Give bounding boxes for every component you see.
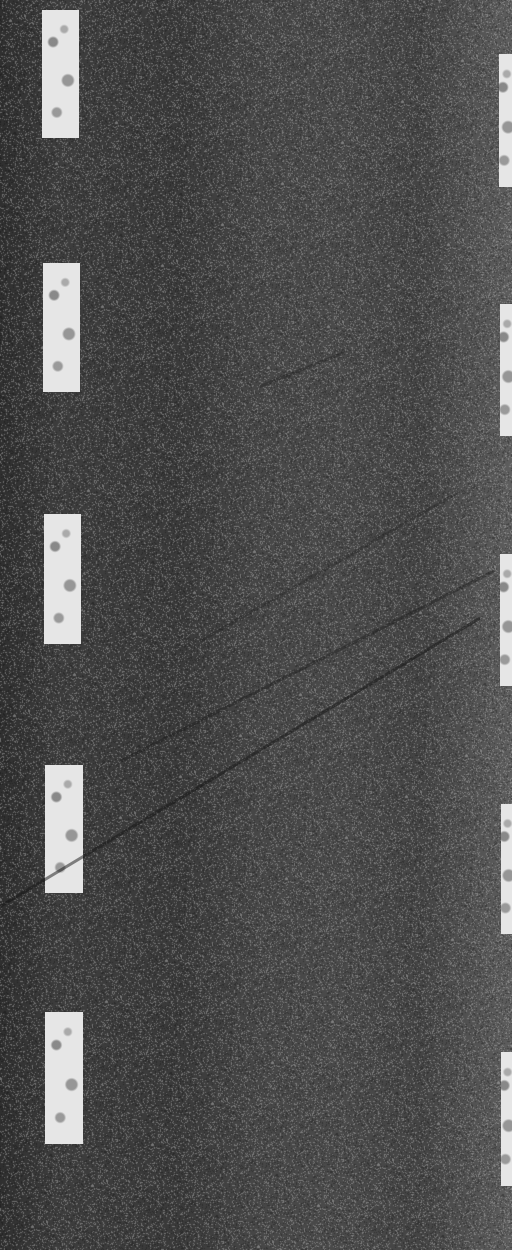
right-lane-dash-5 bbox=[501, 1052, 512, 1186]
right-lane-dash-2 bbox=[500, 304, 512, 436]
right-lane-dash-3 bbox=[500, 554, 512, 686]
left-lane-dash-2 bbox=[43, 263, 80, 392]
right-lane-dash-1 bbox=[499, 54, 512, 187]
road-scene bbox=[0, 0, 512, 1250]
left-lane-dash-5 bbox=[45, 1012, 83, 1144]
left-lane-dash-1 bbox=[42, 10, 79, 138]
left-lane-dash-3 bbox=[44, 514, 81, 644]
right-lane-dash-4 bbox=[501, 804, 512, 934]
